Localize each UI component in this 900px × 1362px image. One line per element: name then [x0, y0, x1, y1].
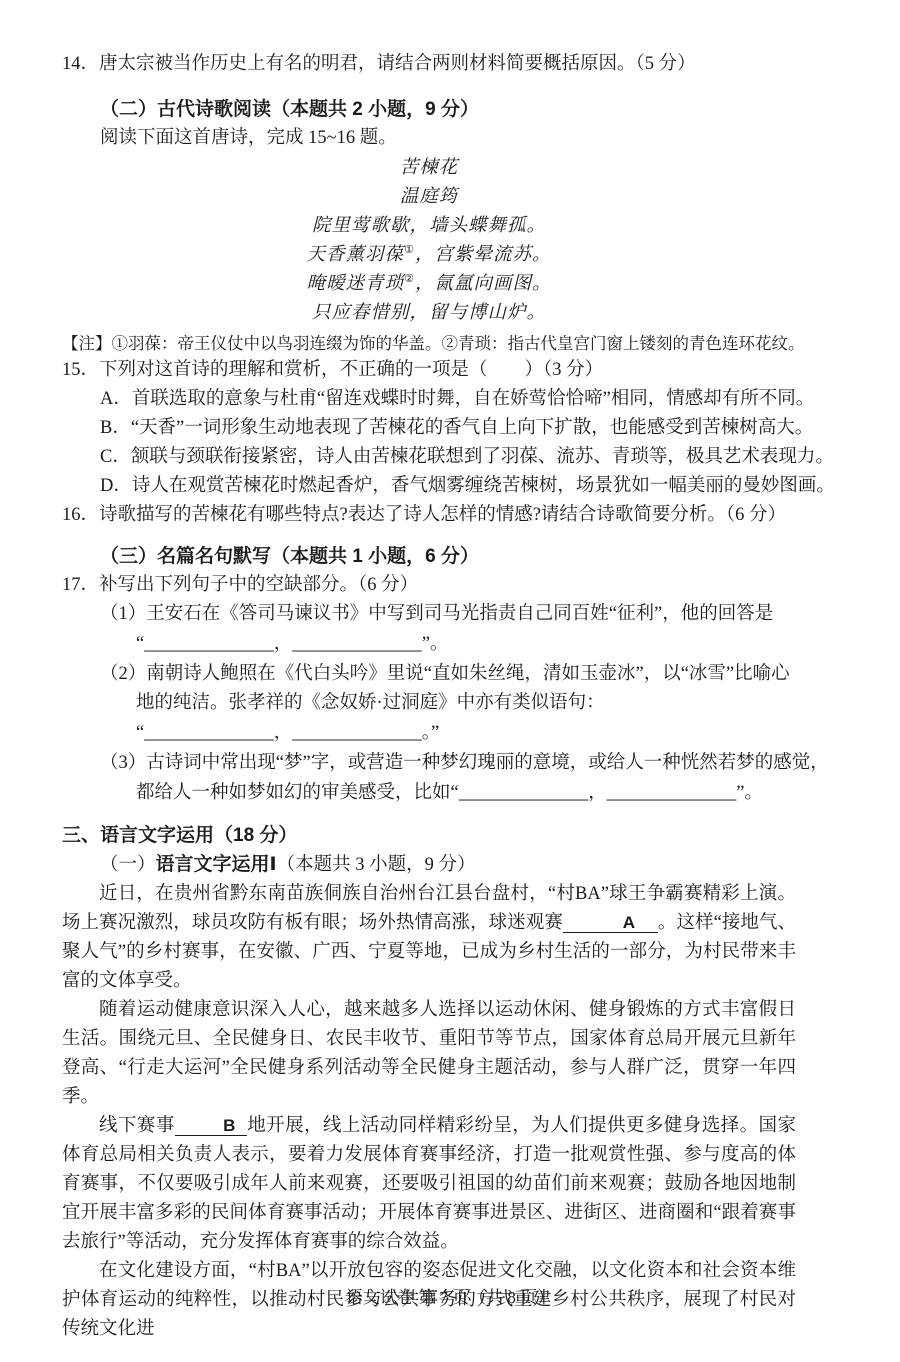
section-poetry-heading: （二）古代诗歌阅读（本题共 2 小题，9 分）	[100, 95, 796, 124]
q17-item-3-label: （3）	[100, 753, 146, 773]
poem-line-2: 天香薰羽葆①，宫紫晕流苏。	[62, 241, 796, 270]
q15-option-d: D．诗人在观赏苦楝花时燃起香炉，香气烟雾缠绕苦楝树，场景犹如一幅美丽的曼妙图画。	[100, 472, 796, 501]
page-footer: 语文试卷 第 7 页（共 8 页）	[0, 1283, 900, 1308]
q15-option-c: C．颔联与颈联衔接紧密，诗人由苦楝花联想到了羽葆、流苏、青琐等，极具艺术表现力。	[100, 443, 796, 472]
exam-page: 14．唐太宗被当作历史上有名的明君，请结合两则材料简要概括原因。（5 分） （二…	[0, 0, 900, 1362]
poem: 苦楝花 温庭筠 院里莺歌歇，墙头蝶舞孤。 天香薰羽葆①，宫紫晕流苏。 晻暧迷青琐…	[62, 154, 796, 328]
q17-stem: 17．补写出下列句子中的空缺部分。（6 分）	[62, 571, 796, 600]
q17-item-2-blanks: “______________，______________。”	[136, 718, 796, 749]
section-language-heading: 三、语言文字运用（18 分）	[62, 821, 796, 850]
poem-author: 温庭筠	[62, 183, 796, 212]
poetry-intro: 阅读下面这首唐诗，完成 15~16 题。	[100, 124, 796, 153]
q17-item-1: （1）王安石在《答司马谏议书》中写到司马光指责自己同百姓“征利”，他的回答是 “…	[100, 600, 796, 660]
q17-item-3-line1: （3）古诗词中常出现“梦”字，或营造一种梦幻瑰丽的意境，或给人一种恍然若梦的感觉…	[100, 749, 796, 778]
q17-item-2-line2: 地的纯洁。张孝祥的《念奴娇·过洞庭》中亦有类似语句：	[136, 689, 796, 718]
q17-item-1-blanks: “______________，______________”。	[136, 629, 796, 660]
q17-item-1-label: （1）	[100, 604, 146, 624]
q17-item-2-label: （2）	[100, 664, 146, 684]
q17-item-2: （2）南朝诗人鲍照在《代白头吟》里说“直如朱丝绳，清如玉壶冰”，以“冰雪”比喻心…	[100, 660, 796, 749]
footnote-marker: ①	[404, 244, 415, 256]
q16-text: 16．诗歌描写的苦楝花有哪些特点?表达了诗人怎样的情感?请结合诗歌简要分析。（6…	[62, 501, 796, 530]
poem-line-1: 院里莺歌歇，墙头蝶舞孤。	[62, 212, 796, 241]
passage-paragraph-2: 随着运动健康意识深入人心，越来越多人选择以运动休闲、健身锻炼的方式丰富假日生活。…	[62, 996, 796, 1112]
q17-item-3: （3）古诗词中常出现“梦”字，或营造一种梦幻瑰丽的意境，或给人一种恍然若梦的感觉…	[100, 749, 796, 809]
q15-option-a: A．首联选取的意象与杜甫“留连戏蝶时时舞，自在娇莺恰恰啼”相同，情感却有所不同。	[100, 385, 796, 414]
poem-title: 苦楝花	[62, 154, 796, 183]
q17-item-2-line1: （2）南朝诗人鲍照在《代白头吟》里说“直如朱丝绳，清如玉壶冰”，以“冰雪”比喻心	[100, 660, 796, 689]
passage-paragraph-3: 线下赛事B地开展，线上活动同样精彩纷呈，为人们提供更多健身选择。国家体育总局相关…	[62, 1112, 796, 1257]
q17-item-1-line1: （1）王安石在《答司马谏议书》中写到司马光指责自己同百姓“征利”，他的回答是	[100, 600, 796, 629]
page-content: 14．唐太宗被当作历史上有名的明君，请结合两则材料简要概括原因。（5 分） （二…	[0, 0, 848, 1344]
q17-item-3-blanks: 都给人一种如梦如幻的审美感受，比如“______________，_______…	[136, 778, 796, 809]
blank-b: B	[175, 1116, 247, 1136]
poem-note: 【注】①羽葆：帝王仪仗中以鸟羽连缀为饰的华盖。②青琐：指古代皇宫门窗上镂刻的青色…	[62, 331, 796, 356]
passage-paragraph-1: 近日，在贵州省黔东南苗族侗族自治州台江县台盘村，“村BA”球王争霸赛精彩上演。场…	[62, 880, 796, 996]
subsection-language-1-heading: （一）语言文字运用Ⅰ（本题共 3 小题，9 分）	[100, 850, 796, 880]
q15-stem: 15．下列对这首诗的理解和赏析，不正确的一项是（ ）（3 分）	[62, 356, 796, 385]
q14-text: 14．唐太宗被当作历史上有名的明君，请结合两则材料简要概括原因。（5 分）	[62, 50, 796, 79]
section-dictation-heading: （三）名篇名句默写（本题共 1 小题，6 分）	[100, 542, 796, 571]
poem-line-3: 晻暧迷青琐②，氤氲向画图。	[62, 270, 796, 299]
blank-a: A	[563, 913, 658, 933]
footnote-marker: ②	[404, 273, 415, 285]
subsection-language-1-title: 语言文字运用Ⅰ	[156, 854, 277, 875]
poem-line-4: 只应春惜别，留与博山炉。	[62, 299, 796, 328]
q15-option-b: B．“天香”一词形象生动地表现了苦楝花的香气自上向下扩散，也能感受到苦楝树高大。	[100, 414, 796, 443]
